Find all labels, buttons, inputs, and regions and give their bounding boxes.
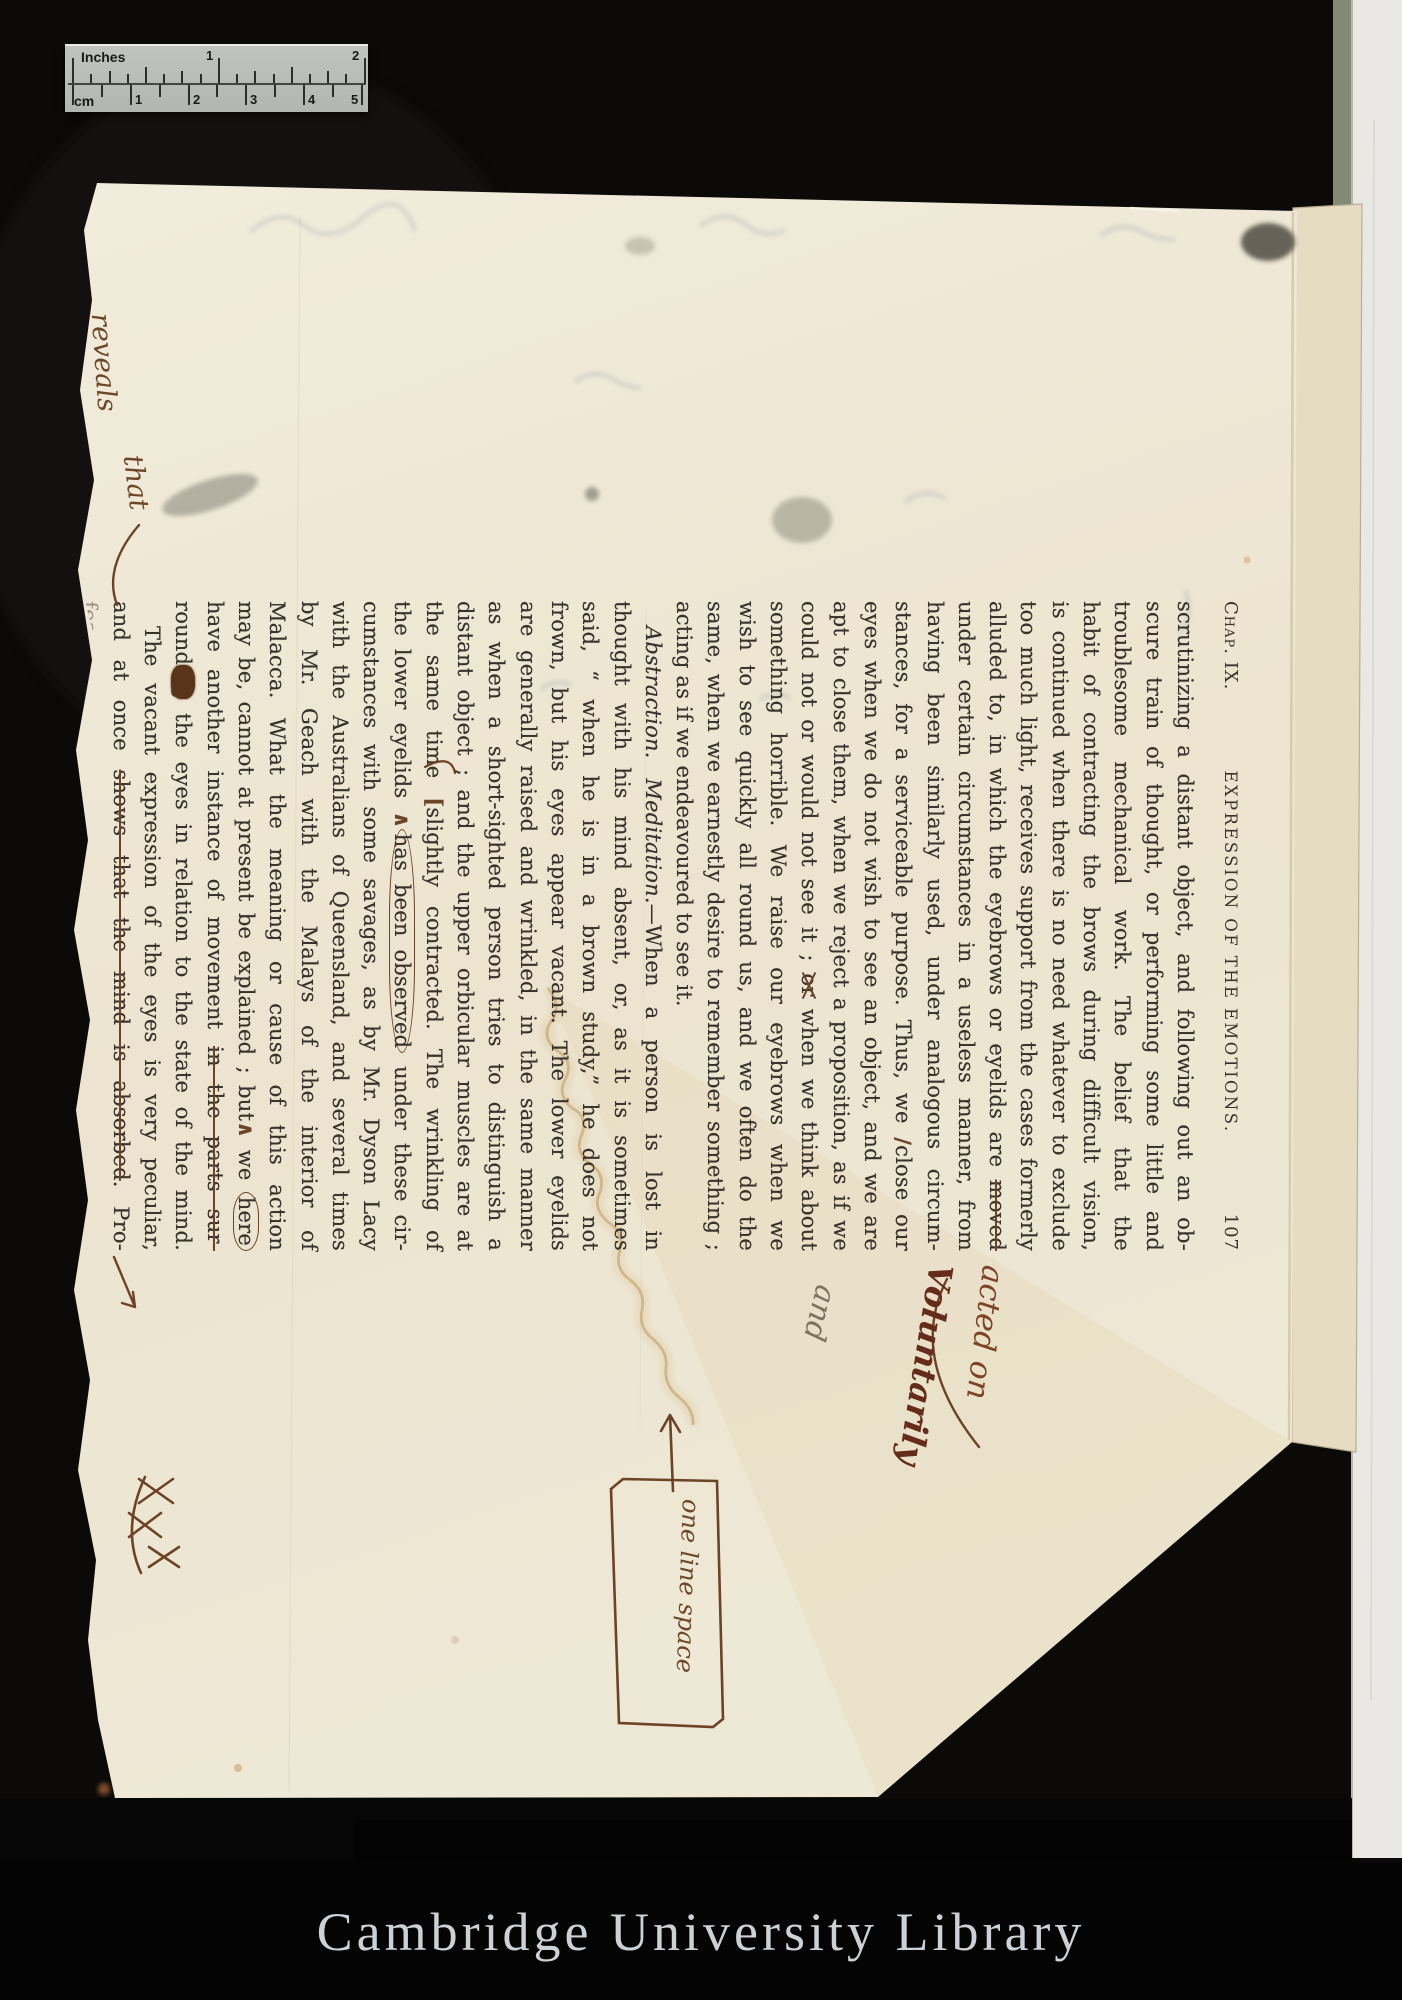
library-watermark: Cambridge University Library (0, 1901, 1402, 1963)
ink-x-scribbles (129, 1477, 179, 1573)
tissue-edge-band (1333, 0, 1352, 209)
ink-arrow-after-pro (114, 1257, 135, 1307)
ink-hook (113, 525, 139, 605)
backing-sheet (1292, 204, 1362, 1452)
cm-ticks (73, 85, 362, 105)
proof-page: Chap. IX. EXPRESSION OF THE EMOTIONS. 10… (75, 207, 1297, 1807)
shadow-band (355, 1820, 1352, 1864)
ruler: Inches cm 12 12345 (65, 44, 368, 112)
ruler-ticks (65, 46, 368, 112)
photo-stage: Chap. IX. EXPRESSION OF THE EMOTIONS. 10… (0, 0, 1402, 2000)
ink-caret-tail (425, 761, 455, 773)
inch-ticks (73, 58, 365, 83)
annotation-that: that (117, 453, 154, 512)
ink-instruction-box (611, 1479, 723, 1727)
